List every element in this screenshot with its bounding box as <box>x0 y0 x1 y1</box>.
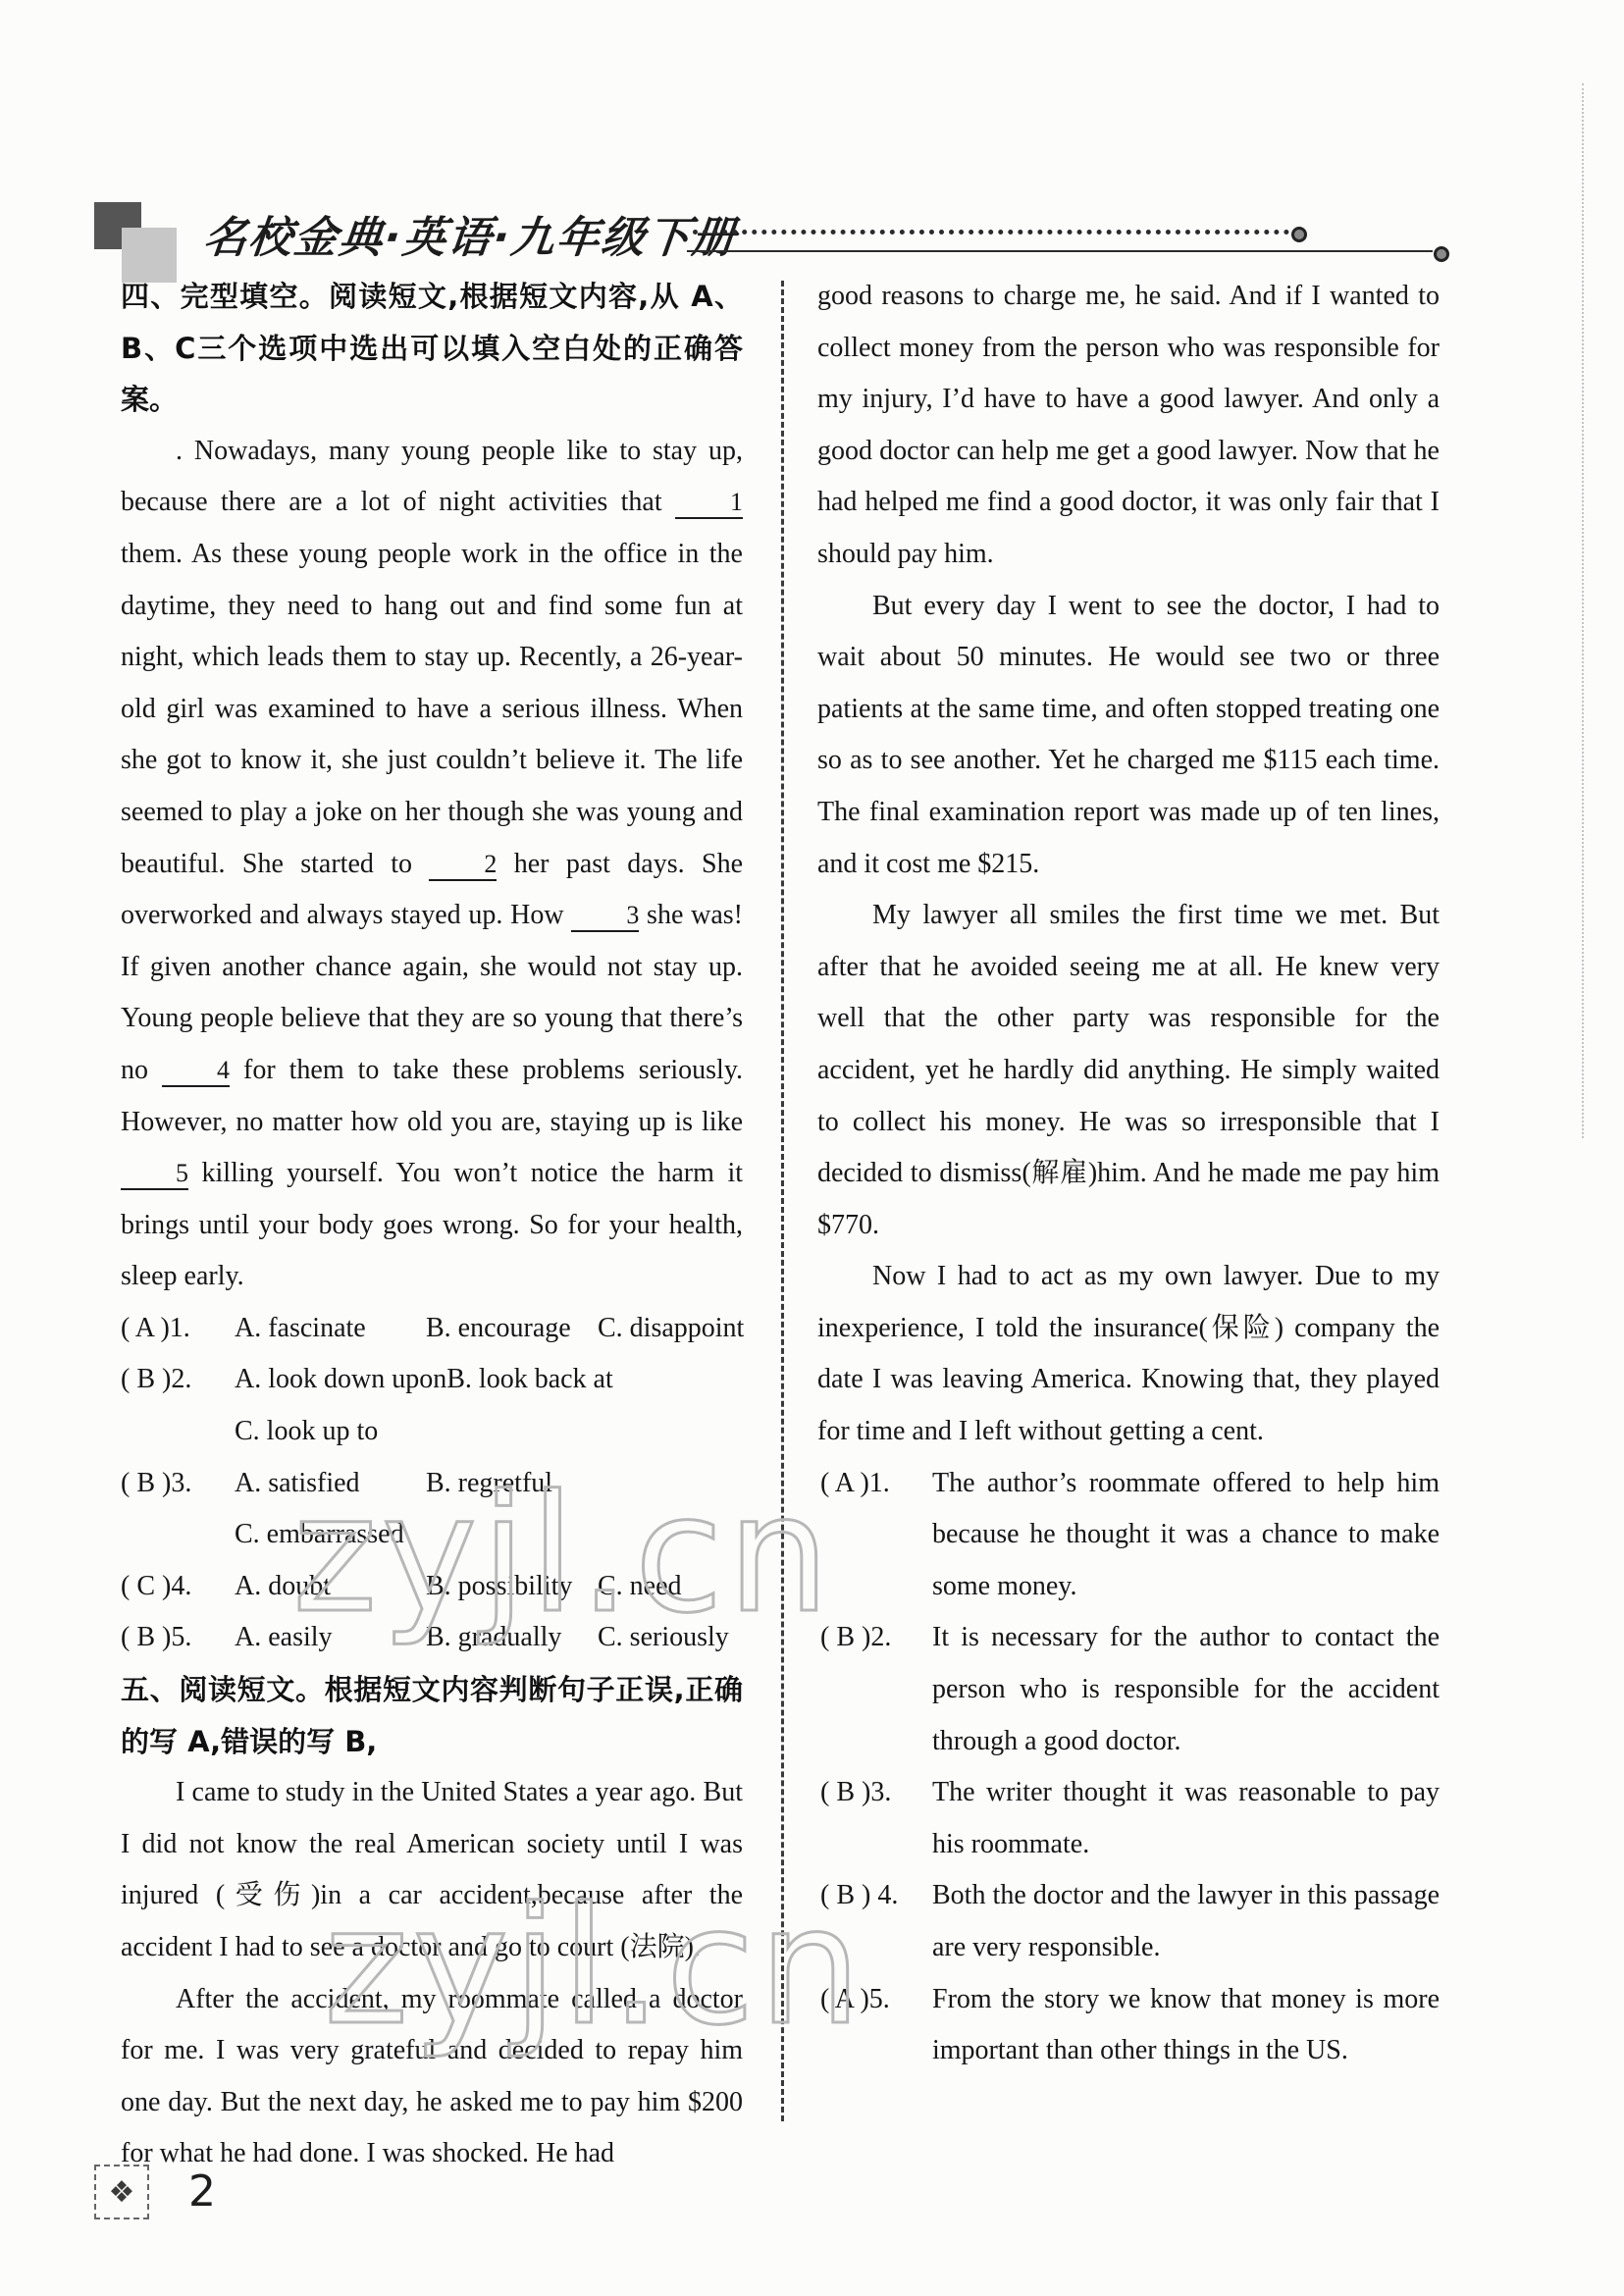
cloze-blank-3: 3 <box>571 901 639 932</box>
cloze-question-row: ( B )5.A. easilyB. graduallyC. seriously <box>121 1612 743 1664</box>
passage-paragraph: My lawyer all smiles the first time we m… <box>817 890 1440 1251</box>
tf-answer-label: ( A )5. <box>820 1974 890 2026</box>
cloze-option: A. easily <box>235 1612 426 1664</box>
cloze-question: ( A )1.A. fascinateB. encourageC. disapp… <box>121 1303 743 1355</box>
footer-ornament: ❖ <box>94 2165 149 2219</box>
left-column: 四、完型填空。阅读短文,根据短文内容,从 A、B、C三个选项中选出可以填入空白处… <box>121 271 743 2180</box>
cloze-option: B. encourage <box>426 1303 598 1355</box>
header-dotted-rule <box>693 230 1289 235</box>
cloze-option: C. seriously <box>598 1612 729 1664</box>
column-divider <box>781 281 784 2121</box>
passage-paragraph: But every day I went to see the doctor, … <box>817 581 1440 891</box>
cloze-answer-label: ( B )3. <box>121 1458 235 1510</box>
section4-heading: 四、完型填空。阅读短文,根据短文内容,从 A、B、C三个选项中选出可以填入空白处… <box>121 271 743 426</box>
page-edge-line <box>1582 83 1584 1138</box>
tf-statement: Both the doctor and the lawyer in this p… <box>932 1880 1440 1962</box>
cloze-answer-label: ( B )2. <box>121 1354 235 1406</box>
cloze-option: A. satisfied <box>235 1458 426 1510</box>
cloze-option: C. look up to <box>235 1406 378 1458</box>
cloze-option: B. possibility <box>426 1561 598 1613</box>
header-solid-rule <box>687 250 1433 252</box>
cloze-blank-2: 2 <box>429 850 497 881</box>
cloze-answer-label: ( C )4. <box>121 1561 235 1613</box>
workbook-page: 名校金典·英语·九年级下册 四、完型填空。阅读短文,根据短文内容,从 A、B、C… <box>0 0 1624 2296</box>
cloze-question: ( B )5.A. easilyB. graduallyC. seriously <box>121 1612 743 1664</box>
cloze-question-row: C. look up to <box>121 1406 743 1458</box>
rule-end-dot-icon <box>1291 227 1307 242</box>
tf-answer-label: ( B )3. <box>820 1767 891 1819</box>
cloze-blank-1: 1 <box>675 488 743 519</box>
cloze-option: A. fascinate <box>235 1303 426 1355</box>
cloze-question-row: ( B )2.A. look down uponB. look back at <box>121 1354 743 1406</box>
cloze-question-row: ( B )3.A. satisfiedB. regretful <box>121 1458 743 1510</box>
cloze-answer-label: ( A )1. <box>121 1303 235 1355</box>
tf-question: ( A )1.The author’s roommate offered to … <box>817 1458 1440 1613</box>
cloze-blank-4: 4 <box>162 1056 230 1087</box>
section5-heading: 五、阅读短文。根据短文内容判断句子正误,正确的写 A,错误的写 B, <box>121 1664 743 1767</box>
passage-paragraph: After the accident, my roommate called a… <box>121 1974 743 2180</box>
tf-statement: From the story we know that money is mor… <box>932 1984 1440 2066</box>
tf-question: ( B ) 4.Both the doctor and the lawyer i… <box>817 1870 1440 1973</box>
cloze-option: B. look back at <box>446 1354 618 1406</box>
cloze-option: B. regretful <box>426 1458 598 1510</box>
tf-question: ( B )3.The writer thought it was reasona… <box>817 1767 1440 1870</box>
rule-end-dot-icon <box>1434 246 1449 262</box>
tf-answer-label: ( B ) 4. <box>820 1870 898 1922</box>
cloze-blank-5: 5 <box>121 1159 188 1190</box>
tf-question: ( B )2.It is necessary for the author to… <box>817 1612 1440 1767</box>
logo-square-light-icon <box>122 228 177 283</box>
series-title: 名校金典·英语·九年级下册 <box>201 202 699 265</box>
cloze-option: B. gradually <box>426 1612 598 1664</box>
cloze-option: C. disappoint <box>598 1303 744 1355</box>
tf-statement: It is necessary for the author to contac… <box>932 1622 1440 1755</box>
tf-answer-label: ( A )1. <box>820 1458 890 1510</box>
cloze-question: ( C )4.A. doubtB. possibilityC. need <box>121 1561 743 1613</box>
cloze-option: A. look down upon <box>235 1354 446 1406</box>
tf-question: ( A )5.From the story we know that money… <box>817 1974 1440 2077</box>
tf-answer-label: ( B )2. <box>820 1612 891 1664</box>
cloze-question-row: ( A )1.A. fascinateB. encourageC. disapp… <box>121 1303 743 1355</box>
page-number: 2 <box>188 2166 216 2217</box>
tf-statement: The writer thought it was reasonable to … <box>932 1777 1440 1859</box>
cloze-question: ( B )3.A. satisfiedB. regretfulC. embarr… <box>121 1458 743 1561</box>
tf-statement: The author’s roommate offered to help hi… <box>932 1468 1440 1601</box>
passage-paragraph: good reasons to charge me, he said. And … <box>817 271 1440 581</box>
cloze-question-row: C. embarrassed <box>121 1509 743 1561</box>
cloze-passage-paragraph: . Nowadays, many young people like to st… <box>121 426 743 1303</box>
passage-paragraph: Now I had to act as my own lawyer. Due t… <box>817 1251 1440 1457</box>
cloze-option: A. doubt <box>235 1561 426 1613</box>
right-column: good reasons to charge me, he said. And … <box>817 271 1440 2077</box>
cloze-option: C. embarrassed <box>235 1509 404 1561</box>
cloze-option: C. need <box>598 1561 682 1613</box>
cloze-answer-label: ( B )5. <box>121 1612 235 1664</box>
passage-paragraph: I came to study in the United States a y… <box>121 1767 743 1973</box>
diamond-ornament-icon: ❖ <box>109 2175 135 2210</box>
cloze-question-row: ( C )4.A. doubtB. possibilityC. need <box>121 1561 743 1613</box>
cloze-question: ( B )2.A. look down uponB. look back atC… <box>121 1354 743 1457</box>
